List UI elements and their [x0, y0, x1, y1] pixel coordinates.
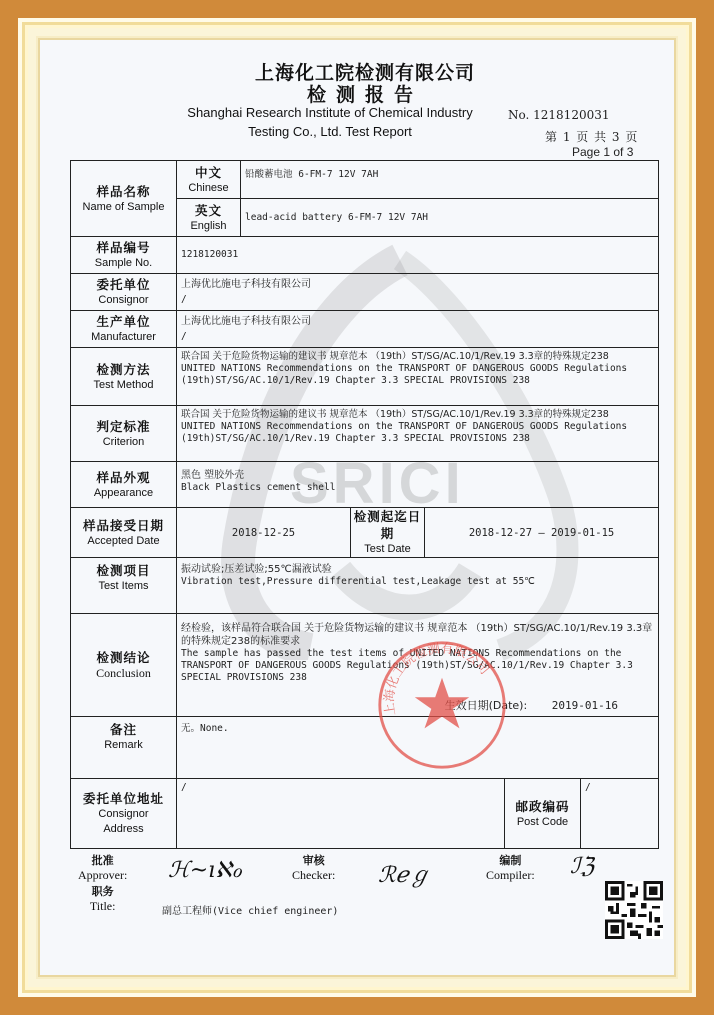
row-test-items: 检测项目 Test Items 振动试验;压差试验;55℃漏液试验 Vibrat…: [71, 558, 659, 614]
checker-signature: ℛℯℊ: [378, 858, 431, 889]
english-label: 英文 English: [177, 199, 241, 237]
test-method-value: 联合国 关于危险货物运输的建议书 规章范本 （19th）ST/SG/AC.10/…: [177, 348, 659, 406]
row-consignor-address: 委托单位地址 Consignor Address / 邮政编码 Post Cod…: [71, 779, 659, 849]
sample-no-label: 样品编号 Sample No.: [71, 237, 177, 274]
test-date-value: 2018-12-27 — 2019-01-15: [425, 508, 659, 558]
page-indicator-cn: 第 1 页 共 3 页: [545, 128, 637, 145]
sample-name-cn-value: 铅酸蓄电池 6-FM-7 12V 7AH: [241, 161, 659, 199]
conclusion-value: 经检验，该样品符合联合国 关于危险货物运输的建议书 规章范本 （19th）ST/…: [177, 614, 659, 717]
name-of-sample-label: 样品名称 Name of Sample: [71, 161, 177, 237]
test-items-value: 振动试验;压差试验;55℃漏液试验 Vibration test,Pressur…: [177, 558, 659, 614]
manufacturer-value: 上海优比施电子科技有限公司 /: [177, 311, 659, 348]
report-number: No. 1218120031: [508, 108, 610, 122]
chinese-label: 中文 Chinese: [177, 161, 241, 199]
consignor-label: 委托单位 Consignor: [71, 274, 177, 311]
appearance-label: 样品外观 Appearance: [71, 462, 177, 508]
row-appearance: 样品外观 Appearance 黑色 塑胶外壳 Black Plastics c…: [71, 462, 659, 508]
row-test-method: 检测方法 Test Method 联合国 关于危险货物运输的建议书 规章范本 （…: [71, 348, 659, 406]
row-consignor: 委托单位 Consignor 上海优比施电子科技有限公司 /: [71, 274, 659, 311]
sample-name-en-value: lead-acid battery 6-FM-7 12V 7AH: [241, 199, 659, 237]
company-name-en: Shanghai Research Institute of Chemical …: [180, 105, 480, 120]
row-dates: 样品接受日期 Accepted Date 2018-12-25 检测起迄日期 T…: [71, 508, 659, 558]
compiler-label: 编制 Compiler:: [486, 852, 535, 883]
report-table: 样品名称 Name of Sample 中文 Chinese 铅酸蓄电池 6-F…: [70, 160, 659, 849]
remark-label: 备注 Remark: [71, 717, 177, 779]
compiler-signature: ℐℨ: [570, 854, 594, 879]
test-date-label: 检测起迄日期 Test Date: [351, 508, 425, 558]
page-indicator-en: Page 1 of 3: [572, 145, 633, 159]
row-criterion: 判定标准 Criterion 联合国 关于危险货物运输的建议书 规章范本 （19…: [71, 406, 659, 462]
row-sample-no: 样品编号 Sample No. 1218120031: [71, 237, 659, 274]
approver-signature: ℋ~ıℵℴ: [168, 858, 242, 883]
post-code-label: 邮政编码 Post Code: [505, 779, 581, 849]
row-manufacturer: 生产单位 Manufacturer 上海优比施电子科技有限公司 /: [71, 311, 659, 348]
effective-date: 生效日期(Date): 2019-01-16: [445, 700, 618, 712]
qr-code[interactable]: [605, 880, 663, 940]
consignor-address-value: /: [177, 779, 505, 849]
report-title-en: Testing Co., Ltd. Test Report: [180, 124, 480, 139]
approver-title-value: 副总工程师(Vice chief engineer): [162, 902, 338, 917]
remark-value: 无。None.: [177, 717, 659, 779]
criterion-value: 联合国 关于危险货物运输的建议书 规章范本 （19th）ST/SG/AC.10/…: [177, 406, 659, 462]
report-title-cn: 检测报告: [230, 80, 500, 107]
accepted-date-value: 2018-12-25: [177, 508, 351, 558]
post-code-value: /: [581, 779, 659, 849]
criterion-label: 判定标准 Criterion: [71, 406, 177, 462]
appearance-value: 黑色 塑胶外壳 Black Plastics cement shell: [177, 462, 659, 508]
test-items-label: 检测项目 Test Items: [71, 558, 177, 614]
test-report-document: SRICI 上海化工院检测有限公司 检测报告 Shanghai Research…: [40, 40, 674, 975]
checker-label: 审核 Checker:: [292, 852, 335, 883]
accepted-date-label: 样品接受日期 Accepted Date: [71, 508, 177, 558]
manufacturer-label: 生产单位 Manufacturer: [71, 311, 177, 348]
approver-label: 批准 Approver: 职务 Title:: [78, 852, 127, 914]
sample-no-value: 1218120031: [177, 237, 659, 274]
consignor-value: 上海优比施电子科技有限公司 /: [177, 274, 659, 311]
row-conclusion: 检测结论 Conclusion 经检验，该样品符合联合国 关于危险货物运输的建议…: [71, 614, 659, 717]
consignor-address-label: 委托单位地址 Consignor Address: [71, 779, 177, 849]
row-remark: 备注 Remark 无。None.: [71, 717, 659, 779]
row-name-of-sample: 样品名称 Name of Sample 中文 Chinese 铅酸蓄电池 6-F…: [71, 161, 659, 199]
conclusion-label: 检测结论 Conclusion: [71, 614, 177, 717]
test-method-label: 检测方法 Test Method: [71, 348, 177, 406]
